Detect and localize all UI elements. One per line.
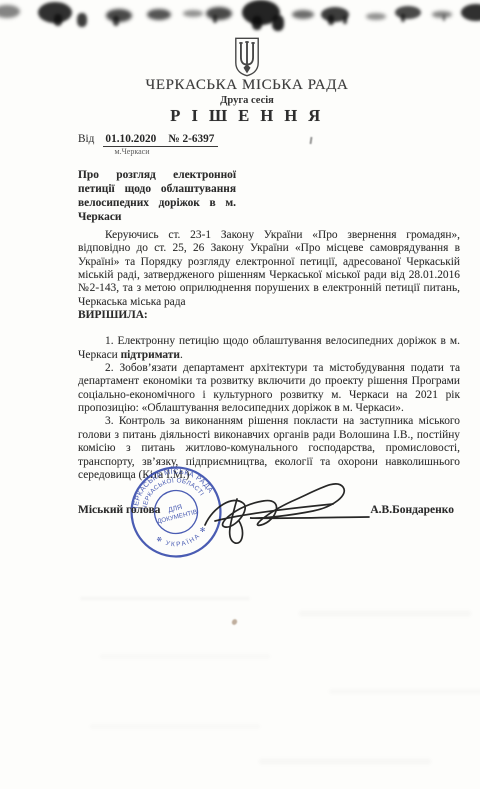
item-1-tail: . [180, 349, 183, 361]
decision-date: 01.10.2020 [105, 133, 156, 145]
signer-name: А.В.Бондаренко [370, 504, 454, 516]
city-label: м.Черкаси [96, 147, 168, 156]
resolved-label: ВИРІШИЛА: [78, 309, 460, 322]
document-type-title: Р І Ш Е Н Н Я [7, 106, 480, 126]
signer-position: Міський голова [78, 504, 160, 516]
resolution-items: 1. Електронну петицію щодо облаштування … [78, 335, 460, 482]
document-page: ЧЕРКАСЬКА МІСЬКА РАДА Друга сесія Р І Ш … [0, 0, 480, 789]
resolution-item-1: 1. Електронну петицію щодо облаштування … [78, 335, 460, 362]
signature-row: Міський голова А.В.Бондаренко [78, 504, 454, 516]
date-line: Від01.10.2020№ 2-6397 [78, 133, 218, 147]
subject-block: Про розгляд електронної петиції щодо обл… [78, 169, 236, 225]
scan-speck [231, 618, 238, 626]
session-name: Друга сесія [7, 95, 480, 106]
decision-number: № 2-6397 [168, 133, 214, 145]
resolution-item-2: 2. Зобов’язати департамент архітектури т… [78, 362, 460, 415]
item-2-text: 2. Зобов’язати департамент архітектури т… [78, 362, 460, 414]
from-label: Від [78, 133, 94, 145]
date-and-number: 01.10.2020№ 2-6397 [103, 133, 218, 147]
preamble-paragraph: Керуючись ст. 23-1 Закону України «Про з… [78, 229, 460, 309]
scan-tick-mark [310, 137, 313, 144]
resolution-item-3: 3. Контроль за виконанням рішення поклас… [78, 415, 460, 482]
document-body: Керуючись ст. 23-1 Закону України «Про з… [78, 229, 460, 482]
item-3-text: 3. Контроль за виконанням рішення поклас… [78, 415, 460, 480]
trident-emblem-icon [233, 37, 261, 77]
council-name: ЧЕРКАСЬКА МІСЬКА РАДА [7, 77, 480, 94]
item-1-bold-text: підтримати [121, 349, 180, 361]
